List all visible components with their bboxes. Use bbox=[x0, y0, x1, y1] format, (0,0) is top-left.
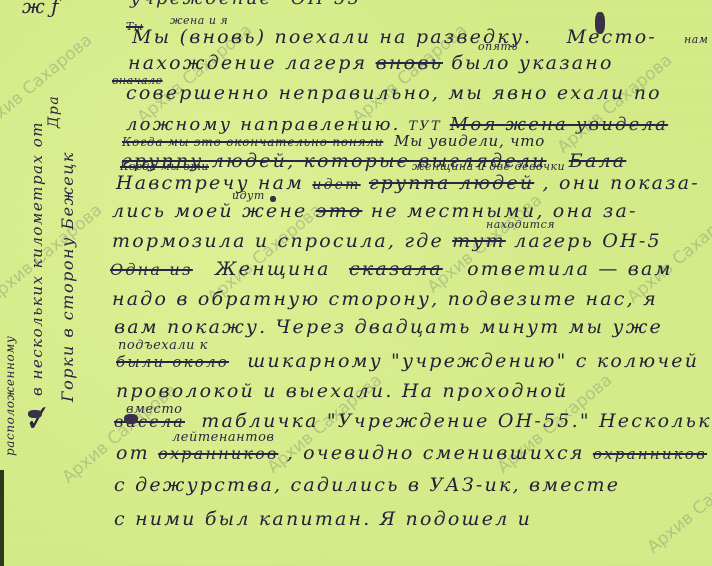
text-line-15: проволокой и выехали. На проходной bbox=[116, 380, 568, 402]
margin-note: Дра bbox=[46, 95, 62, 128]
ink-blot bbox=[595, 12, 605, 34]
text-line-12: надо в обратную сторону, подвезите нас, … bbox=[112, 288, 658, 310]
margin-note: Горки в сторону Бежецк bbox=[58, 151, 77, 402]
text-line-16: висела табличка "Учреждение ОН-55." Неск… bbox=[114, 410, 712, 432]
text-line-19: с ними был капитан. Я подошел и bbox=[114, 508, 532, 530]
text-line-1: Мы (вновь) поехали на разведку. Место- bbox=[132, 26, 657, 48]
text-line-14: были около шикарному "учреждению" с колю… bbox=[116, 350, 699, 372]
watermark: Архив Сахарова bbox=[0, 200, 106, 307]
text-line-10: тормозила и спросила, где тут лагерь ОН-… bbox=[112, 230, 662, 252]
top-fragment: учреждение "ОН-55" bbox=[130, 0, 372, 9]
ink-blot bbox=[270, 196, 276, 202]
ink-blot bbox=[28, 410, 42, 418]
text-line-2: нахождение лагеря вновь было указано bbox=[128, 52, 614, 74]
margin-note: расположенному bbox=[3, 336, 17, 456]
scan-edge bbox=[0, 470, 4, 566]
check-mark: ✓ bbox=[18, 397, 54, 441]
text-line-8: Навстречу нам идет группа людей , они по… bbox=[116, 172, 700, 194]
text-line-18: с дежурства, садились в УАЗ-ик, вместе bbox=[114, 474, 620, 496]
watermark: Архив Сахарова bbox=[644, 450, 712, 557]
text-line-9: лись моей жене это не местными, она за- bbox=[112, 200, 638, 222]
ink-blot bbox=[124, 414, 138, 424]
top-scribble: ж ƒ bbox=[22, 0, 59, 18]
text-line-5: Когда мы это окончательно поняли Мы увид… bbox=[122, 132, 545, 150]
text-line-13: вам покажу. Через двадцать минут мы уже bbox=[114, 316, 663, 338]
text-line-17: от охранников , очевидно сменившихся охр… bbox=[116, 442, 707, 464]
manuscript-page: Архив Сахарова Архив Сахарова Архив Саха… bbox=[0, 0, 712, 566]
insert-note: нам bbox=[684, 33, 708, 46]
text-line-3: совершенно неправильно, мы явно ехали по bbox=[126, 82, 662, 104]
text-line-11: Одна из Женщина сказала ответила — вам bbox=[110, 258, 673, 280]
margin-note: в нескольких километрах от bbox=[28, 121, 46, 396]
